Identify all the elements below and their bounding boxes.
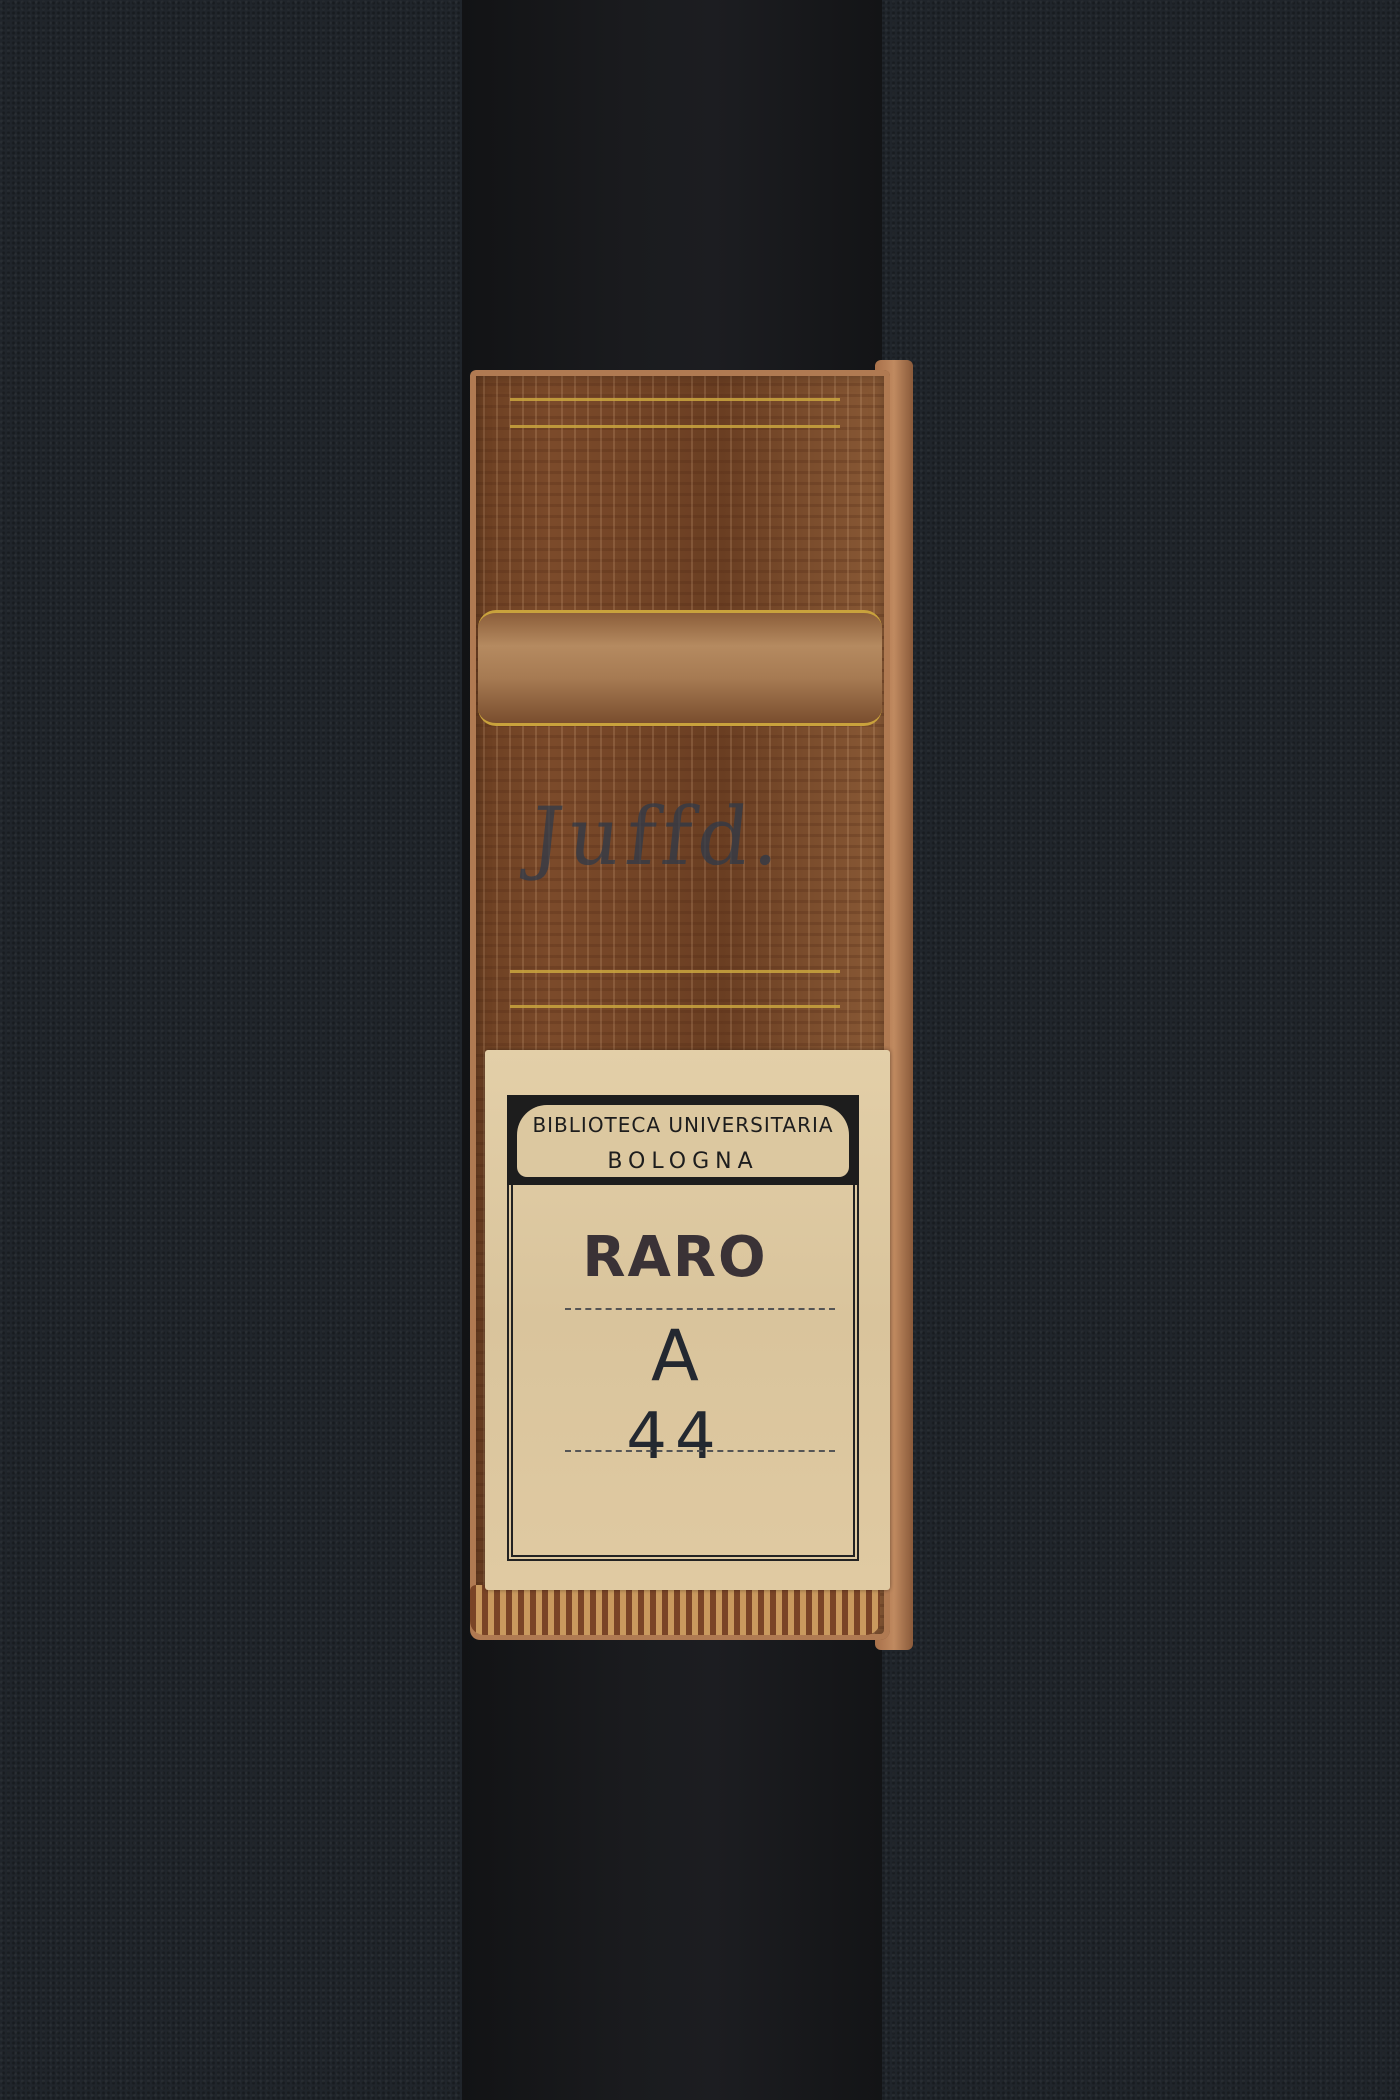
book-spine: Juffd. BIBLIOTECA UNIVERSITARIA BOLOGNA …: [470, 360, 920, 1650]
label-header-library: BIBLIOTECA UNIVERSITARIA: [517, 1113, 849, 1137]
label-dashed-line: [565, 1308, 835, 1310]
label-dashed-line: [565, 1450, 835, 1452]
raised-band: [478, 610, 882, 726]
spine-tail: [470, 1585, 880, 1635]
spine-ink-title: Juffd.: [524, 790, 836, 900]
foam-support-right: [850, 0, 1400, 2100]
label-banner: BIBLIOTECA UNIVERSITARIA BOLOGNA: [507, 1095, 859, 1185]
label-shelf-letter: A: [485, 1315, 865, 1397]
library-label: BIBLIOTECA UNIVERSITARIA BOLOGNA RARO A …: [485, 1050, 890, 1590]
label-stamp-raro: RARO: [485, 1225, 865, 1290]
gilt-line: [510, 425, 840, 428]
foam-support-left: [0, 0, 468, 2100]
label-shelf-number: 44: [485, 1400, 865, 1474]
gilt-line: [510, 398, 840, 401]
label-header-city: BOLOGNA: [517, 1149, 849, 1174]
gilt-line: [510, 1005, 840, 1008]
gilt-line: [510, 970, 840, 973]
